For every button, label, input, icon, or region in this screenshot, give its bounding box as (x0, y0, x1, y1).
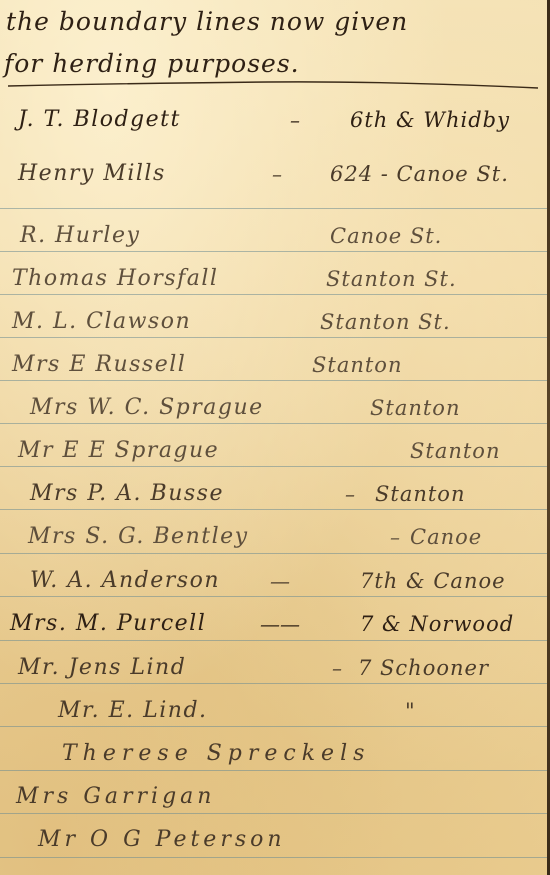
header-line-1: the boundary lines now given (0, 0, 550, 40)
entry-separator: – (390, 525, 400, 549)
entry-name: J. T. Blodgett (18, 107, 181, 132)
entry-separator: – (332, 656, 342, 680)
entry-row: Mrs S. G. Bentley – Canoe (0, 513, 550, 553)
entry-name: Mrs. M. Purcell (10, 611, 206, 636)
ruled-line (0, 770, 550, 771)
hand-drawn-underline (8, 80, 538, 90)
entry-row: Mrs P. A. Busse – Stanton (0, 470, 550, 510)
entry-row: Mrs Garrigan (0, 773, 550, 813)
entry-address: Stanton St. (326, 267, 457, 291)
entry-row: Mr. E. Lind. " (0, 687, 550, 727)
entry-address: Stanton (312, 353, 402, 377)
entry-address: " (405, 699, 416, 723)
header-line-2: for herding purposes. (0, 42, 550, 82)
entry-row: Mrs W. C. Sprague Stanton (0, 384, 550, 424)
entry-row: Mrs E Russell Stanton (0, 341, 550, 381)
entry-address: Stanton (375, 482, 465, 506)
entry-address: Canoe St. (330, 224, 442, 248)
entry-name: Mr. E. Lind. (58, 698, 208, 723)
header-text-1: the boundary lines now given (6, 7, 408, 36)
entry-name: W. A. Anderson (30, 568, 220, 593)
entry-name: M. L. Clawson (12, 309, 191, 334)
entry-row: R. Hurley Canoe St. (0, 212, 550, 252)
ruled-line (0, 857, 550, 858)
ruled-line (0, 640, 550, 641)
entry-address: Stanton (370, 396, 460, 420)
entry-address: 7 Schooner (358, 656, 489, 680)
ruled-line (0, 813, 550, 814)
entry-address: 624 - Canoe St. (330, 162, 509, 186)
ruled-line (0, 208, 550, 209)
entry-row: Thomas Horsfall Stanton St. (0, 255, 550, 295)
entry-separator: – (345, 482, 355, 506)
entry-name: Mrs E Russell (12, 352, 186, 377)
entry-name: Mr. Jens Lind (18, 655, 186, 680)
entry-name: Mrs P. A. Busse (30, 481, 224, 506)
entry-name: Mr E E Sprague (18, 438, 219, 463)
entry-separator: — (270, 569, 290, 593)
entry-row: J. T. Blodgett – 6th & Whidby (0, 96, 550, 136)
entry-row: Mrs. M. Purcell —— 7 & Norwood (0, 600, 550, 640)
entry-address: Stanton St. (320, 310, 451, 334)
entry-row: Mr O G Peterson (0, 816, 550, 856)
entry-row: W. A. Anderson — 7th & Canoe (0, 557, 550, 597)
entry-name: Mrs W. C. Sprague (30, 395, 264, 420)
entry-name: Mrs S. G. Bentley (28, 524, 249, 549)
entry-separator: – (290, 108, 300, 132)
entry-name: R. Hurley (20, 223, 140, 248)
entry-address: 6th & Whidby (350, 108, 510, 132)
entry-row: M. L. Clawson Stanton St. (0, 298, 550, 338)
entry-row: Therese Spreckels (0, 730, 550, 770)
entry-name: Mr O G Peterson (38, 827, 286, 852)
entry-row: Henry Mills – 624 - Canoe St. (0, 150, 550, 190)
ruled-line (0, 553, 550, 554)
handwritten-page: the boundary lines now given for herding… (0, 0, 550, 875)
entry-row: Mr E E Sprague Stanton (0, 427, 550, 467)
entry-address: Canoe (410, 525, 482, 549)
entry-name: Henry Mills (18, 161, 166, 186)
entry-address: 7 & Norwood (360, 612, 514, 636)
entry-row: Mr. Jens Lind – 7 Schooner (0, 644, 550, 684)
entry-address: Stanton (410, 439, 500, 463)
entry-name: Thomas Horsfall (12, 266, 218, 291)
entry-name: Therese Spreckels (62, 741, 370, 766)
entry-separator: —— (260, 612, 300, 636)
entry-separator: – (272, 162, 282, 186)
header-text-2: for herding purposes. (4, 49, 300, 78)
entry-address: 7th & Canoe (360, 569, 506, 593)
entry-name: Mrs Garrigan (16, 784, 215, 809)
